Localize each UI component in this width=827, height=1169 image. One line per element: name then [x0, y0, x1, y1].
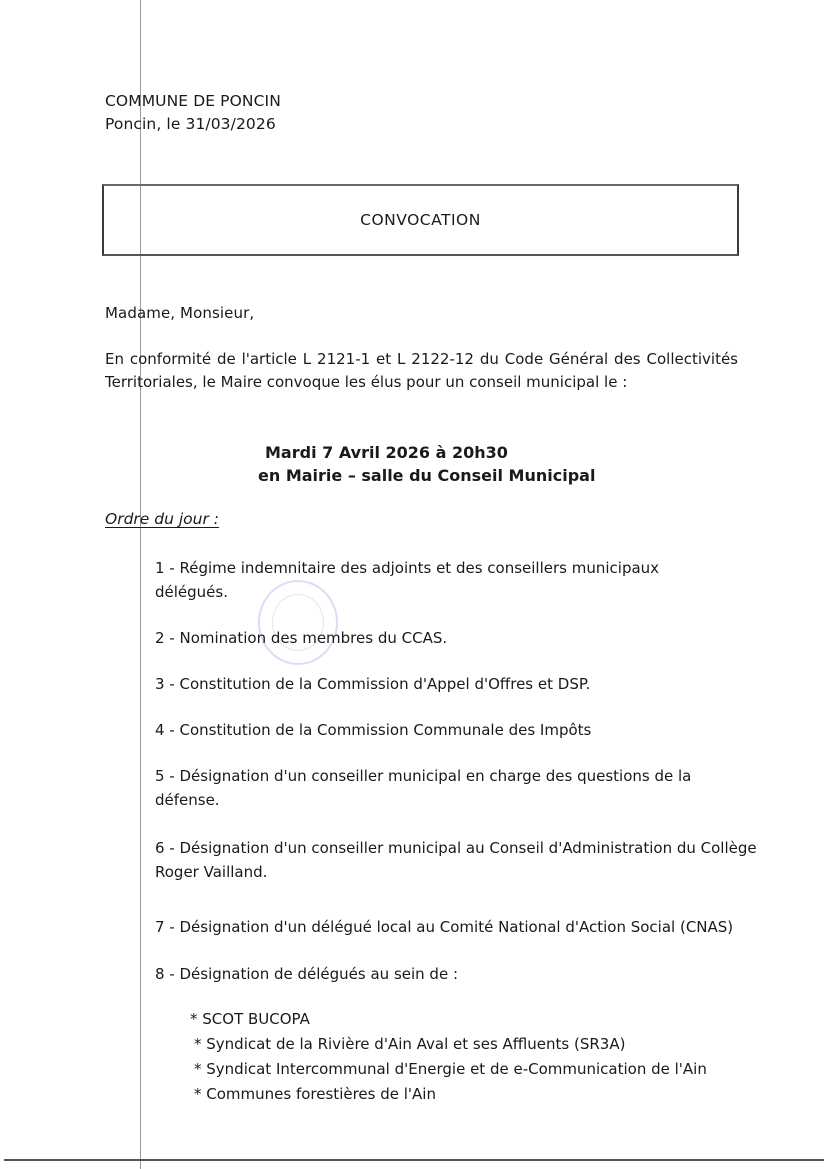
- document-page: COMMUNE DE PONCIN Poncin, le 31/03/2026 …: [0, 0, 827, 1169]
- document-title: CONVOCATION: [104, 211, 737, 229]
- delegate-body-item: * SCOT BUCOPA: [190, 1008, 310, 1030]
- delegate-body-item: * Communes forestières de l'Ain: [194, 1083, 436, 1105]
- agenda-item: 7 - Désignation d'un délégué local au Co…: [155, 915, 795, 939]
- intro-paragraph: En conformité de l'article L 2121-1 et L…: [105, 348, 738, 393]
- delegate-body-item: * Syndicat Intercommunal d'Energie et de…: [194, 1058, 707, 1080]
- place-and-date: Poncin, le 31/03/2026: [105, 113, 281, 136]
- agenda-item: 1 - Régime indemnitaire des adjoints et …: [155, 556, 715, 604]
- letter-header: COMMUNE DE PONCIN Poncin, le 31/03/2026: [105, 90, 281, 136]
- bottom-rule: [4, 1159, 824, 1161]
- meeting-date-time: Mardi 7 Avril 2026 à 20h30: [265, 442, 508, 464]
- meeting-place: en Mairie – salle du Conseil Municipal: [258, 465, 595, 487]
- agenda-item: 2 - Nomination des membres du CCAS.: [155, 626, 765, 650]
- agenda-item: 4 - Constitution de la Commission Commun…: [155, 718, 765, 742]
- title-box: CONVOCATION: [102, 184, 739, 256]
- greeting: Madame, Monsieur,: [105, 302, 254, 324]
- agenda-item: 5 - Désignation d'un conseiller municipa…: [155, 764, 715, 812]
- delegate-body-item: * Syndicat de la Rivière d'Ain Aval et s…: [194, 1033, 625, 1055]
- commune-name: COMMUNE DE PONCIN: [105, 90, 281, 113]
- agenda-item: 6 - Désignation d'un conseiller municipa…: [155, 836, 780, 884]
- agenda-item: 3 - Constitution de la Commission d'Appe…: [155, 672, 765, 696]
- agenda-item: 8 - Désignation de délégués au sein de :: [155, 962, 765, 986]
- scan-margin-line: [140, 0, 141, 1169]
- agenda-heading: Ordre du jour :: [105, 510, 219, 528]
